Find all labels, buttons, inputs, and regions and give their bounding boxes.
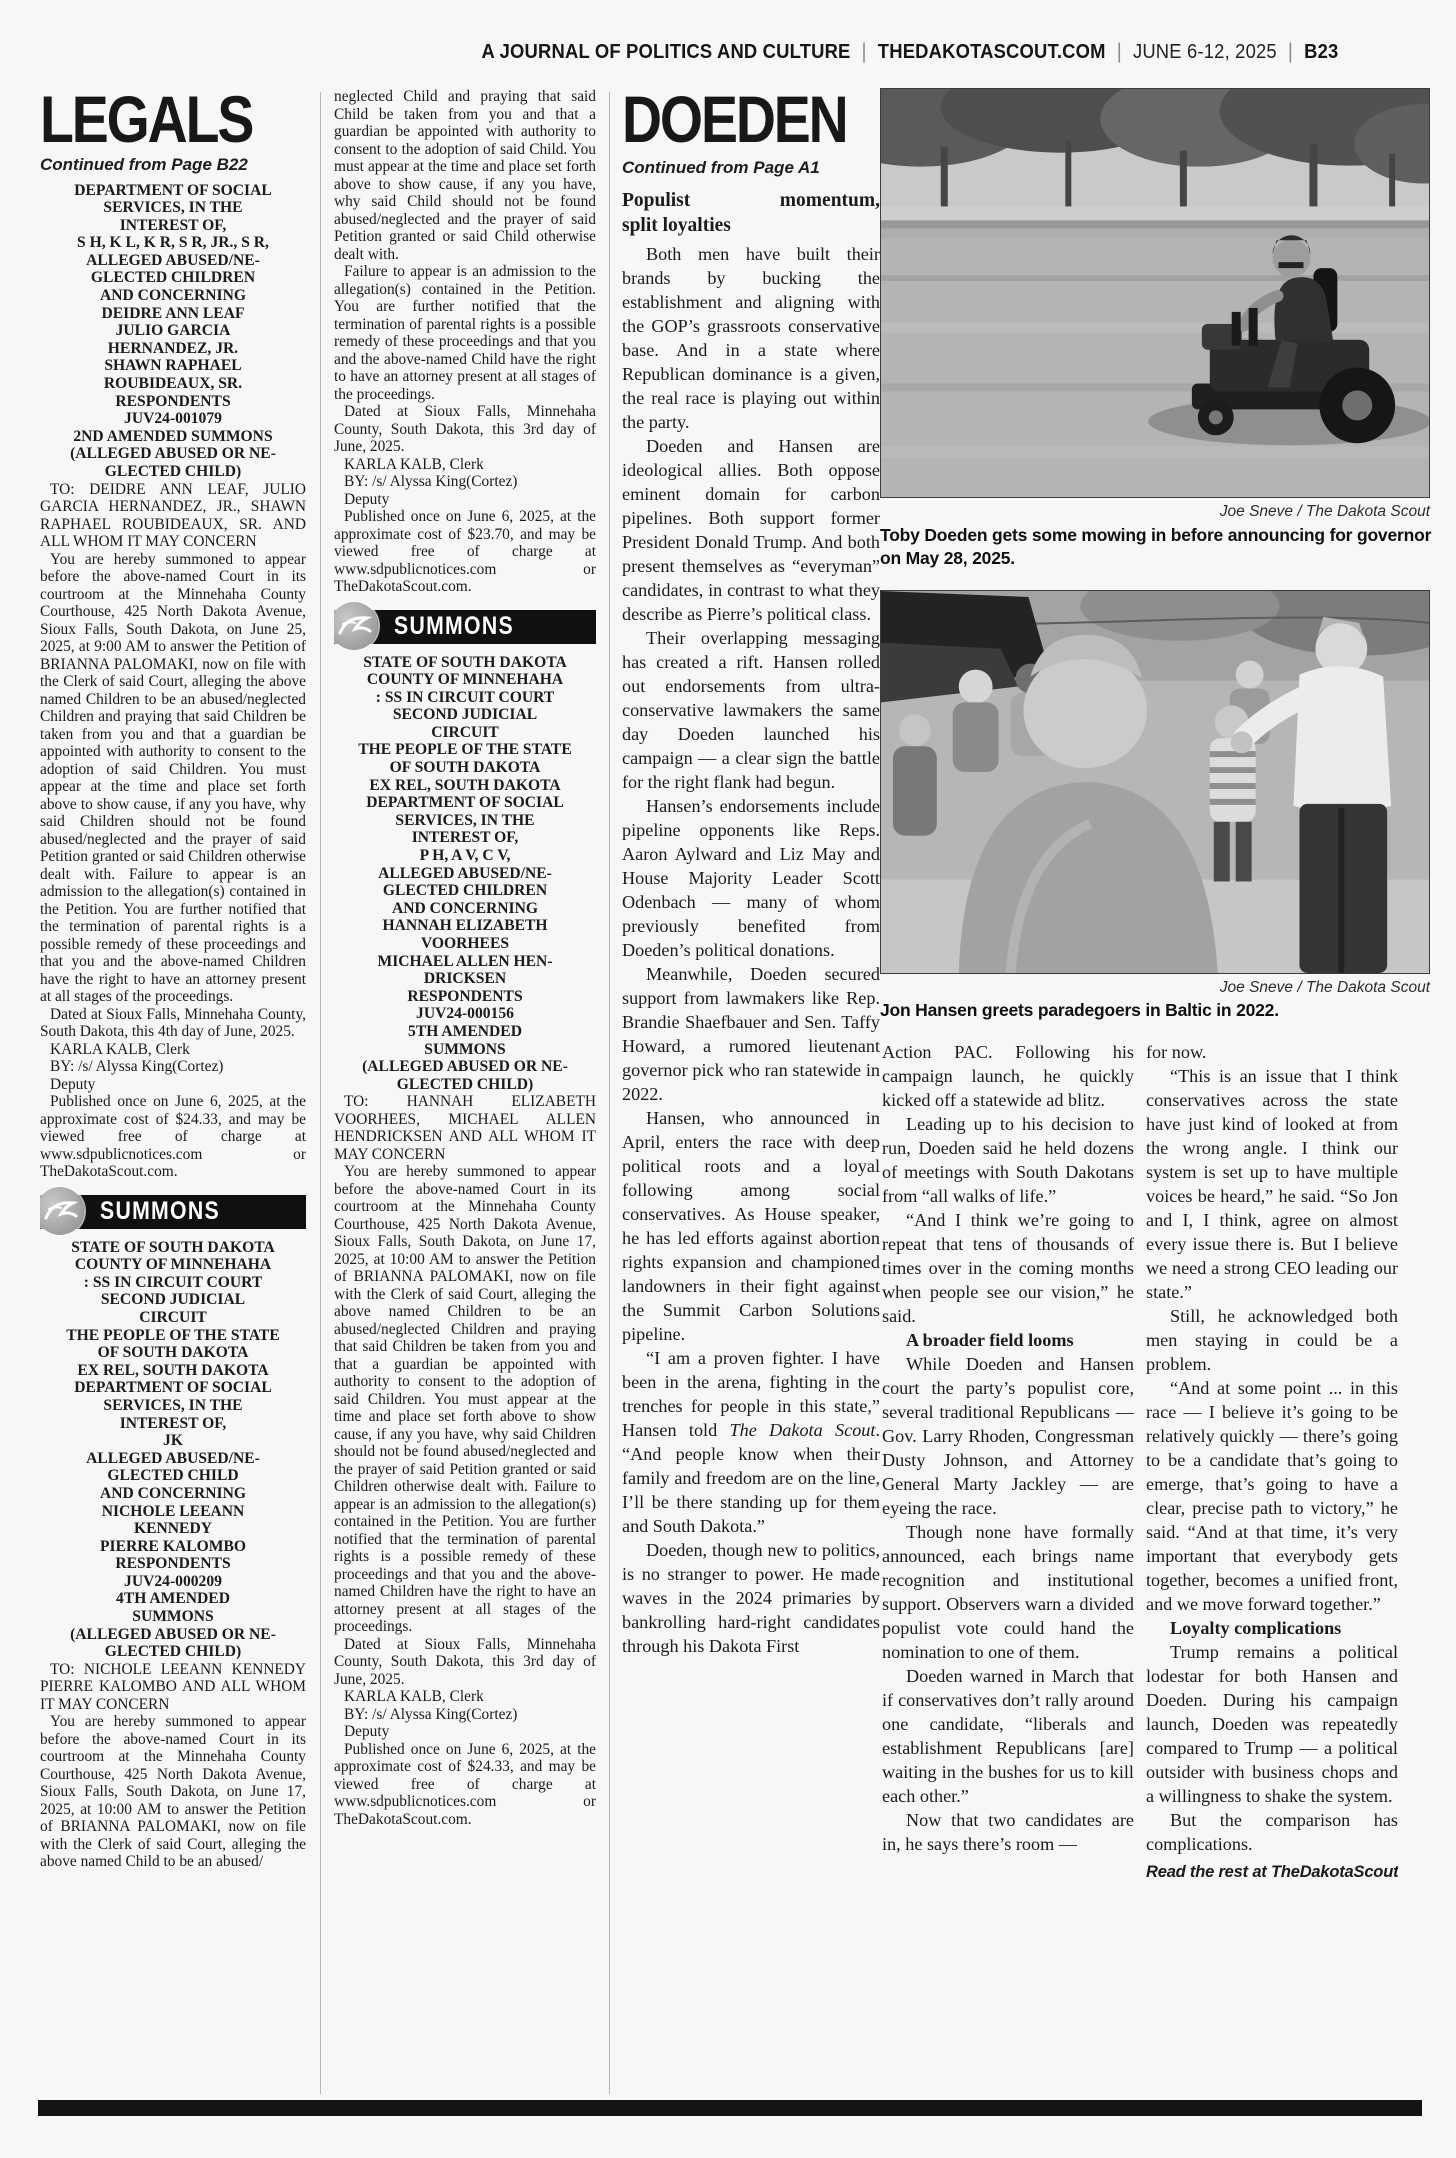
notice-header-line: JUV24-000156 xyxy=(334,1005,596,1023)
paragraph: Doeden, though new to politics, is no st… xyxy=(622,1538,880,1658)
paragraph: But the comparison has complications. xyxy=(1146,1808,1398,1856)
notice-header-line: SERVICES, IN THE xyxy=(40,1397,306,1415)
notice-header-line: SERVICES, IN THE xyxy=(40,199,306,217)
notice-header-line: ROUBIDEAUX, SR. xyxy=(40,375,306,393)
photo-jon-hansen-parade xyxy=(880,590,1430,974)
paragraph: Hansen’s endorsements include pipeline o… xyxy=(622,794,880,962)
notice-header-line: KENNEDY xyxy=(40,1520,306,1538)
article-continued-line: Continued from Page A1 xyxy=(622,156,880,180)
legals-column-2: neglected Child and praying that said Ch… xyxy=(334,88,596,2100)
notice-header-line: OF SOUTH DAKOTA xyxy=(334,759,596,777)
legal-notice-2-body-col2: neglected Child and praying that said Ch… xyxy=(334,88,596,596)
notice-header-line: ALLEGED ABUSED/NE- xyxy=(40,252,306,270)
notice-header-line: RESPONDENTS xyxy=(40,1555,306,1573)
paragraph: Doeden warned in March that if conservat… xyxy=(882,1664,1134,1808)
photo-caption: Toby Doeden gets some mowing in before a… xyxy=(880,524,1432,569)
notice-header-line: GLECTED CHILD) xyxy=(334,1076,596,1094)
paragraph: TO: DEIDRE ANN LEAF, JULIO GARCIA HERNAN… xyxy=(40,481,306,551)
read-more-tagline: Read the rest at TheDakotaScout.com xyxy=(1146,1860,1398,1884)
paragraph: Still, he acknowledged both men staying … xyxy=(1146,1304,1398,1376)
notice-header-line: 5TH AMENDED xyxy=(334,1023,596,1041)
notice-header-line: STATE OF SOUTH DAKOTA xyxy=(40,1239,306,1257)
paragraph: KARLA KALB, Clerk xyxy=(40,1041,306,1059)
photo-credit: Joe Sneve / The Dakota Scout xyxy=(880,979,1430,997)
notice-header-line: DEPARTMENT OF SOCIAL xyxy=(40,1379,306,1397)
legal-notice-2-header: STATE OF SOUTH DAKOTACOUNTY OF MINNEHAHA… xyxy=(40,1239,306,1661)
paragraph: Published once on June 6, 2025, at the a… xyxy=(334,1741,596,1829)
paragraph: BY: /s/ Alyssa King(Cortez) xyxy=(334,473,596,491)
notice-header-line: GLECTED CHILD) xyxy=(40,463,306,481)
paragraph: You are hereby summoned to appear before… xyxy=(40,551,306,1006)
notice-header-line: AND CONCERNING xyxy=(334,900,596,918)
notice-header-line: RESPONDENTS xyxy=(334,988,596,1006)
paragraph: Deputy xyxy=(334,491,596,509)
notice-header-line: COUNTY OF MINNEHAHA xyxy=(40,1256,306,1274)
paragraph: for now. xyxy=(1146,1040,1398,1064)
paragraph: Trump remains a political lodestar for b… xyxy=(1146,1640,1398,1808)
article-subhead: A broader field looms xyxy=(882,1328,1134,1352)
newspaper-page: { "masthead": { "journal": "A JOURNAL OF… xyxy=(0,0,1456,2158)
notice-header-line: EX REL, SOUTH DAKOTA xyxy=(334,777,596,795)
article-subhead-line2: split loyalties xyxy=(622,213,880,238)
notice-header-line: MICHAEL ALLEN HEN- xyxy=(334,953,596,971)
notice-header-line: SUMMONS xyxy=(334,1041,596,1059)
article-subhead-line1: Populist momentum, xyxy=(622,188,880,213)
legals-continued-line: Continued from Page B22 xyxy=(40,156,306,174)
subhead-word: Populist xyxy=(622,188,690,213)
paragraph: You are hereby summoned to appear before… xyxy=(40,1713,306,1871)
article-column-2: Action PAC. Following his campaign launc… xyxy=(882,1040,1134,2100)
notice-header-line: DEIDRE ANN LEAF xyxy=(40,305,306,323)
notice-header-line: RESPONDENTS xyxy=(40,393,306,411)
legal-notice-1-body: TO: DEIDRE ANN LEAF, JULIO GARCIA HERNAN… xyxy=(40,481,306,1181)
column-rule xyxy=(320,92,321,2094)
summons-banner-label: SUMMONS xyxy=(100,1203,220,1221)
article-column-1: DOEDEN Continued from Page A1 Populist m… xyxy=(622,88,880,2100)
notice-header-line: (ALLEGED ABUSED OR NE- xyxy=(40,445,306,463)
masthead: A JOURNAL OF POLITICS AND CULTURE|THEDAK… xyxy=(422,40,1397,64)
paragraph: Though none have formally announced, eac… xyxy=(882,1520,1134,1664)
notice-header-line: ALLEGED ABUSED/NE- xyxy=(40,1450,306,1468)
notice-header-line: JUV24-000209 xyxy=(40,1573,306,1591)
legals-section-title: LEGALS xyxy=(40,88,263,150)
photo-credit: Joe Sneve / The Dakota Scout xyxy=(880,503,1430,521)
notice-header-line: VOORHEES xyxy=(334,935,596,953)
notice-header-line: DEPARTMENT OF SOCIAL xyxy=(40,182,306,200)
paragraph: Published once on June 6, 2025, at the a… xyxy=(334,508,596,596)
paragraph: Deputy xyxy=(40,1076,306,1094)
legal-notice-2-body-col1: TO: NICHOLE LEEANN KENNEDY PIERRE KALOMB… xyxy=(40,1661,306,1871)
subhead-word: momentum, xyxy=(780,188,880,213)
notice-header-line: PIERRE KALOMBO xyxy=(40,1538,306,1556)
notice-header-line: INTEREST OF, xyxy=(334,829,596,847)
paragraph: BY: /s/ Alyssa King(Cortez) xyxy=(40,1058,306,1076)
notice-header-line: DRICKSEN xyxy=(334,970,596,988)
notice-header-line: OF SOUTH DAKOTA xyxy=(40,1344,306,1362)
legal-notice-1-header: DEPARTMENT OF SOCIALSERVICES, IN THEINTE… xyxy=(40,182,306,481)
legal-notice-3-body: TO: HANNAH ELIZABETH VOORHEES, MICHAEL A… xyxy=(334,1093,596,1828)
paragraph: Their overlapping messaging has created … xyxy=(622,626,880,794)
notice-header-line: GLECTED CHILD) xyxy=(40,1643,306,1661)
notice-header-line: JUV24-001079 xyxy=(40,410,306,428)
paragraph: “I am a proven fighter. I have been in t… xyxy=(622,1346,880,1538)
notice-header-line: CIRCUIT xyxy=(40,1309,306,1327)
notice-header-line: JK xyxy=(40,1432,306,1450)
article-body-col2: Action PAC. Following his campaign launc… xyxy=(882,1040,1134,1856)
notice-header-line: AND CONCERNING xyxy=(40,1485,306,1503)
paragraph: Both men have built their brands by buck… xyxy=(622,242,880,434)
bottom-rule xyxy=(38,2100,1422,2116)
masthead-page-number: B23 xyxy=(1304,41,1338,63)
notice-header-line: HERNANDEZ, JR. xyxy=(40,340,306,358)
notice-header-line: 2ND AMENDED SUMMONS xyxy=(40,428,306,446)
notice-header-line: INTEREST OF, xyxy=(40,1415,306,1433)
paragraph: Dated at Sioux Falls, Minnehaha County, … xyxy=(334,1636,596,1689)
masthead-separator: | xyxy=(851,40,878,63)
publication-name-italic: The Dakota Scout xyxy=(730,1420,876,1440)
photo-toby-doeden-mowing xyxy=(880,88,1430,498)
summons-banner-label: SUMMONS xyxy=(394,618,514,636)
dakota-scout-logo-icon xyxy=(40,1187,84,1235)
notice-header-line: SUMMONS xyxy=(40,1608,306,1626)
paragraph: Failure to appear is an admission to the… xyxy=(334,263,596,403)
notice-header-line: NICHOLE LEEANN xyxy=(40,1503,306,1521)
masthead-separator: | xyxy=(1277,40,1304,63)
notice-header-line: S H, K L, K R, S R, JR., S R, xyxy=(40,234,306,252)
notice-header-line: EX REL, SOUTH DAKOTA xyxy=(40,1362,306,1380)
notice-header-line: DEPARTMENT OF SOCIAL xyxy=(334,794,596,812)
notice-header-line: : SS IN CIRCUIT COURT xyxy=(334,689,596,707)
mowing-photo-illustration xyxy=(881,89,1429,497)
paragraph: Hansen, who announced in April, enters t… xyxy=(622,1106,880,1346)
paragraph: While Doeden and Hansen court the party’… xyxy=(882,1352,1134,1520)
article-body-col1: Both men have built their brands by buck… xyxy=(622,242,880,1658)
notice-header-line: 4TH AMENDED xyxy=(40,1590,306,1608)
paragraph: Deputy xyxy=(334,1723,596,1741)
photo-caption: Jon Hansen greets paradegoers in Baltic … xyxy=(880,999,1432,1022)
summons-banner: SUMMONS xyxy=(40,1195,306,1229)
notice-header-line: ALLEGED ABUSED/NE- xyxy=(334,865,596,883)
notice-header-line: HANNAH ELIZABETH xyxy=(334,917,596,935)
masthead-separator: | xyxy=(1106,40,1133,63)
notice-header-line: P H, A V, C V, xyxy=(334,847,596,865)
logo-glyph xyxy=(334,602,378,650)
article-column-3: for now.“This is an issue that I think c… xyxy=(1146,1040,1398,2100)
masthead-site-url: THEDAKOTASCOUT.COM xyxy=(878,41,1106,63)
notice-header-line: THE PEOPLE OF THE STATE xyxy=(334,741,596,759)
paragraph: BY: /s/ Alyssa King(Cortez) xyxy=(334,1706,596,1724)
notice-header-line: GLECTED CHILD xyxy=(40,1467,306,1485)
paragraph: You are hereby summoned to appear before… xyxy=(334,1163,596,1636)
summons-banner: SUMMONS xyxy=(334,610,596,644)
paragraph: “And at some point ... in this race — I … xyxy=(1146,1376,1398,1616)
legal-notice-3-header: STATE OF SOUTH DAKOTACOUNTY OF MINNEHAHA… xyxy=(334,654,596,1094)
column-rule xyxy=(609,92,610,2094)
notice-header-line: GLECTED CHILDREN xyxy=(334,882,596,900)
dakota-scout-logo-icon xyxy=(334,602,378,650)
notice-header-line: SECOND JUDICIAL xyxy=(334,706,596,724)
paragraph: Now that two candidates are in, he says … xyxy=(882,1808,1134,1856)
notice-header-line: COUNTY OF MINNEHAHA xyxy=(334,671,596,689)
paragraph: Meanwhile, Doeden secured support from l… xyxy=(622,962,880,1106)
notice-header-line: STATE OF SOUTH DAKOTA xyxy=(334,654,596,672)
paragraph: Dated at Sioux Falls, Minnehaha County, … xyxy=(40,1006,306,1041)
notice-header-line: SHAWN RAPHAEL xyxy=(40,357,306,375)
paragraph: KARLA KALB, Clerk xyxy=(334,456,596,474)
article-body-col3: for now.“This is an issue that I think c… xyxy=(1146,1040,1398,1856)
paragraph: Dated at Sioux Falls, Minnehaha County, … xyxy=(334,403,596,456)
notice-header-line: CIRCUIT xyxy=(334,724,596,742)
notice-header-line: SECOND JUDICIAL xyxy=(40,1291,306,1309)
paragraph: Leading up to his decision to run, Doede… xyxy=(882,1112,1134,1208)
notice-header-line: INTEREST OF, xyxy=(40,217,306,235)
parade-photo-illustration xyxy=(881,591,1429,973)
paragraph: Published once on June 6, 2025, at the a… xyxy=(40,1093,306,1181)
legals-column-1: LEGALS Continued from Page B22 DEPARTMEN… xyxy=(40,88,306,2100)
logo-glyph xyxy=(40,1187,84,1235)
notice-header-line: SERVICES, IN THE xyxy=(334,812,596,830)
notice-header-line: (ALLEGED ABUSED OR NE- xyxy=(334,1058,596,1076)
masthead-issue-date: JUNE 6-12, 2025 xyxy=(1133,41,1277,63)
paragraph: TO: NICHOLE LEEANN KENNEDY PIERRE KALOMB… xyxy=(40,1661,306,1714)
article-title: DOEDEN xyxy=(622,88,839,150)
paragraph: “And I think we’re going to repeat that … xyxy=(882,1208,1134,1328)
paragraph: KARLA KALB, Clerk xyxy=(334,1688,596,1706)
notice-header-line: THE PEOPLE OF THE STATE xyxy=(40,1327,306,1345)
notice-header-line: (ALLEGED ABUSED OR NE- xyxy=(40,1626,306,1644)
notice-header-line: GLECTED CHILDREN xyxy=(40,269,306,287)
paragraph: TO: HANNAH ELIZABETH VOORHEES, MICHAEL A… xyxy=(334,1093,596,1163)
notice-header-line: JULIO GARCIA xyxy=(40,322,306,340)
paragraph: “This is an issue that I think conservat… xyxy=(1146,1064,1398,1304)
article-subhead: Loyalty complications xyxy=(1146,1616,1398,1640)
paragraph: Action PAC. Following his campaign launc… xyxy=(882,1040,1134,1112)
masthead-journal-title: A JOURNAL OF POLITICS AND CULTURE xyxy=(482,41,851,63)
notice-header-line: AND CONCERNING xyxy=(40,287,306,305)
paragraph: neglected Child and praying that said Ch… xyxy=(334,88,596,263)
paragraph: Doeden and Hansen are ideological allies… xyxy=(622,434,880,626)
notice-header-line: : SS IN CIRCUIT COURT xyxy=(40,1274,306,1292)
